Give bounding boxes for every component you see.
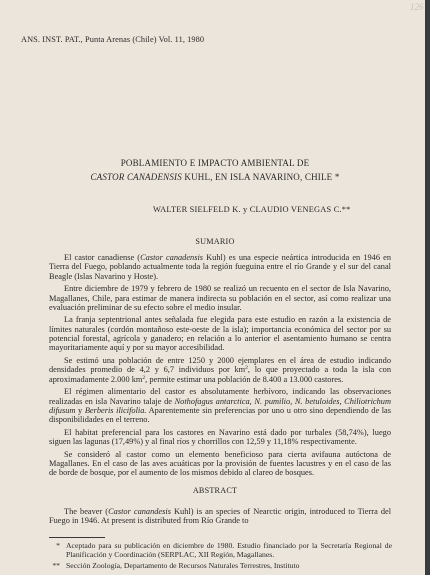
sumario-body: El castor canadiense (Castor canadensis … <box>49 253 391 481</box>
paragraph: Se consideró al castor como un elemento … <box>49 450 391 478</box>
handwritten-page-number: 126 <box>410 2 424 12</box>
footnote: ** Sección Zoología, Departamento de Rec… <box>47 562 392 571</box>
paragraph: El régimen alimentario del castor es abs… <box>49 387 391 424</box>
footnote-mark: ** <box>47 562 66 571</box>
journal-header: ANS. INST. PAT., Punta Arenas (Chile) Vo… <box>21 35 204 44</box>
footnote-divider <box>49 537 105 538</box>
article-title-line1: POBLAMIENTO E IMPACTO AMBIENTAL DE <box>0 158 430 168</box>
paragraph: The beaver (Castor canandesis Kuhl) is a… <box>49 507 391 526</box>
footnote-mark: * <box>47 542 66 559</box>
authors: WALTER SIELFELD K. y CLAUDIO VENEGAS C.*… <box>153 205 351 214</box>
footnote-text: Aceptado para su publicación en diciembr… <box>66 542 392 559</box>
footnote: * Aceptado para su publicación en diciem… <box>47 542 392 559</box>
paragraph: Se estimó una población de entre 1250 y … <box>49 356 391 384</box>
article-title-line2: CASTOR CANADENSIS KUHL, EN ISLA NAVARINO… <box>0 172 430 182</box>
paragraph: El habitat preferencial para los castore… <box>49 428 391 447</box>
section-heading-sumario: SUMARIO <box>0 237 430 246</box>
paragraph: Entre diciembre de 1979 y febrero de 198… <box>49 284 391 312</box>
species-name: CASTOR CANADENSIS <box>90 172 182 182</box>
abstract-body: The beaver (Castor canandesis Kuhl) is a… <box>49 507 391 529</box>
paragraph: El castor canadiense (Castor canadensis … <box>49 253 391 281</box>
section-heading-abstract: ABSTRACT <box>0 486 430 495</box>
footnotes: * Aceptado para su publicación en diciem… <box>47 542 392 574</box>
footnote-text: Sección Zoología, Departamento de Recurs… <box>66 562 392 571</box>
paragraph: La franja septentrional antes señalada f… <box>49 315 391 352</box>
